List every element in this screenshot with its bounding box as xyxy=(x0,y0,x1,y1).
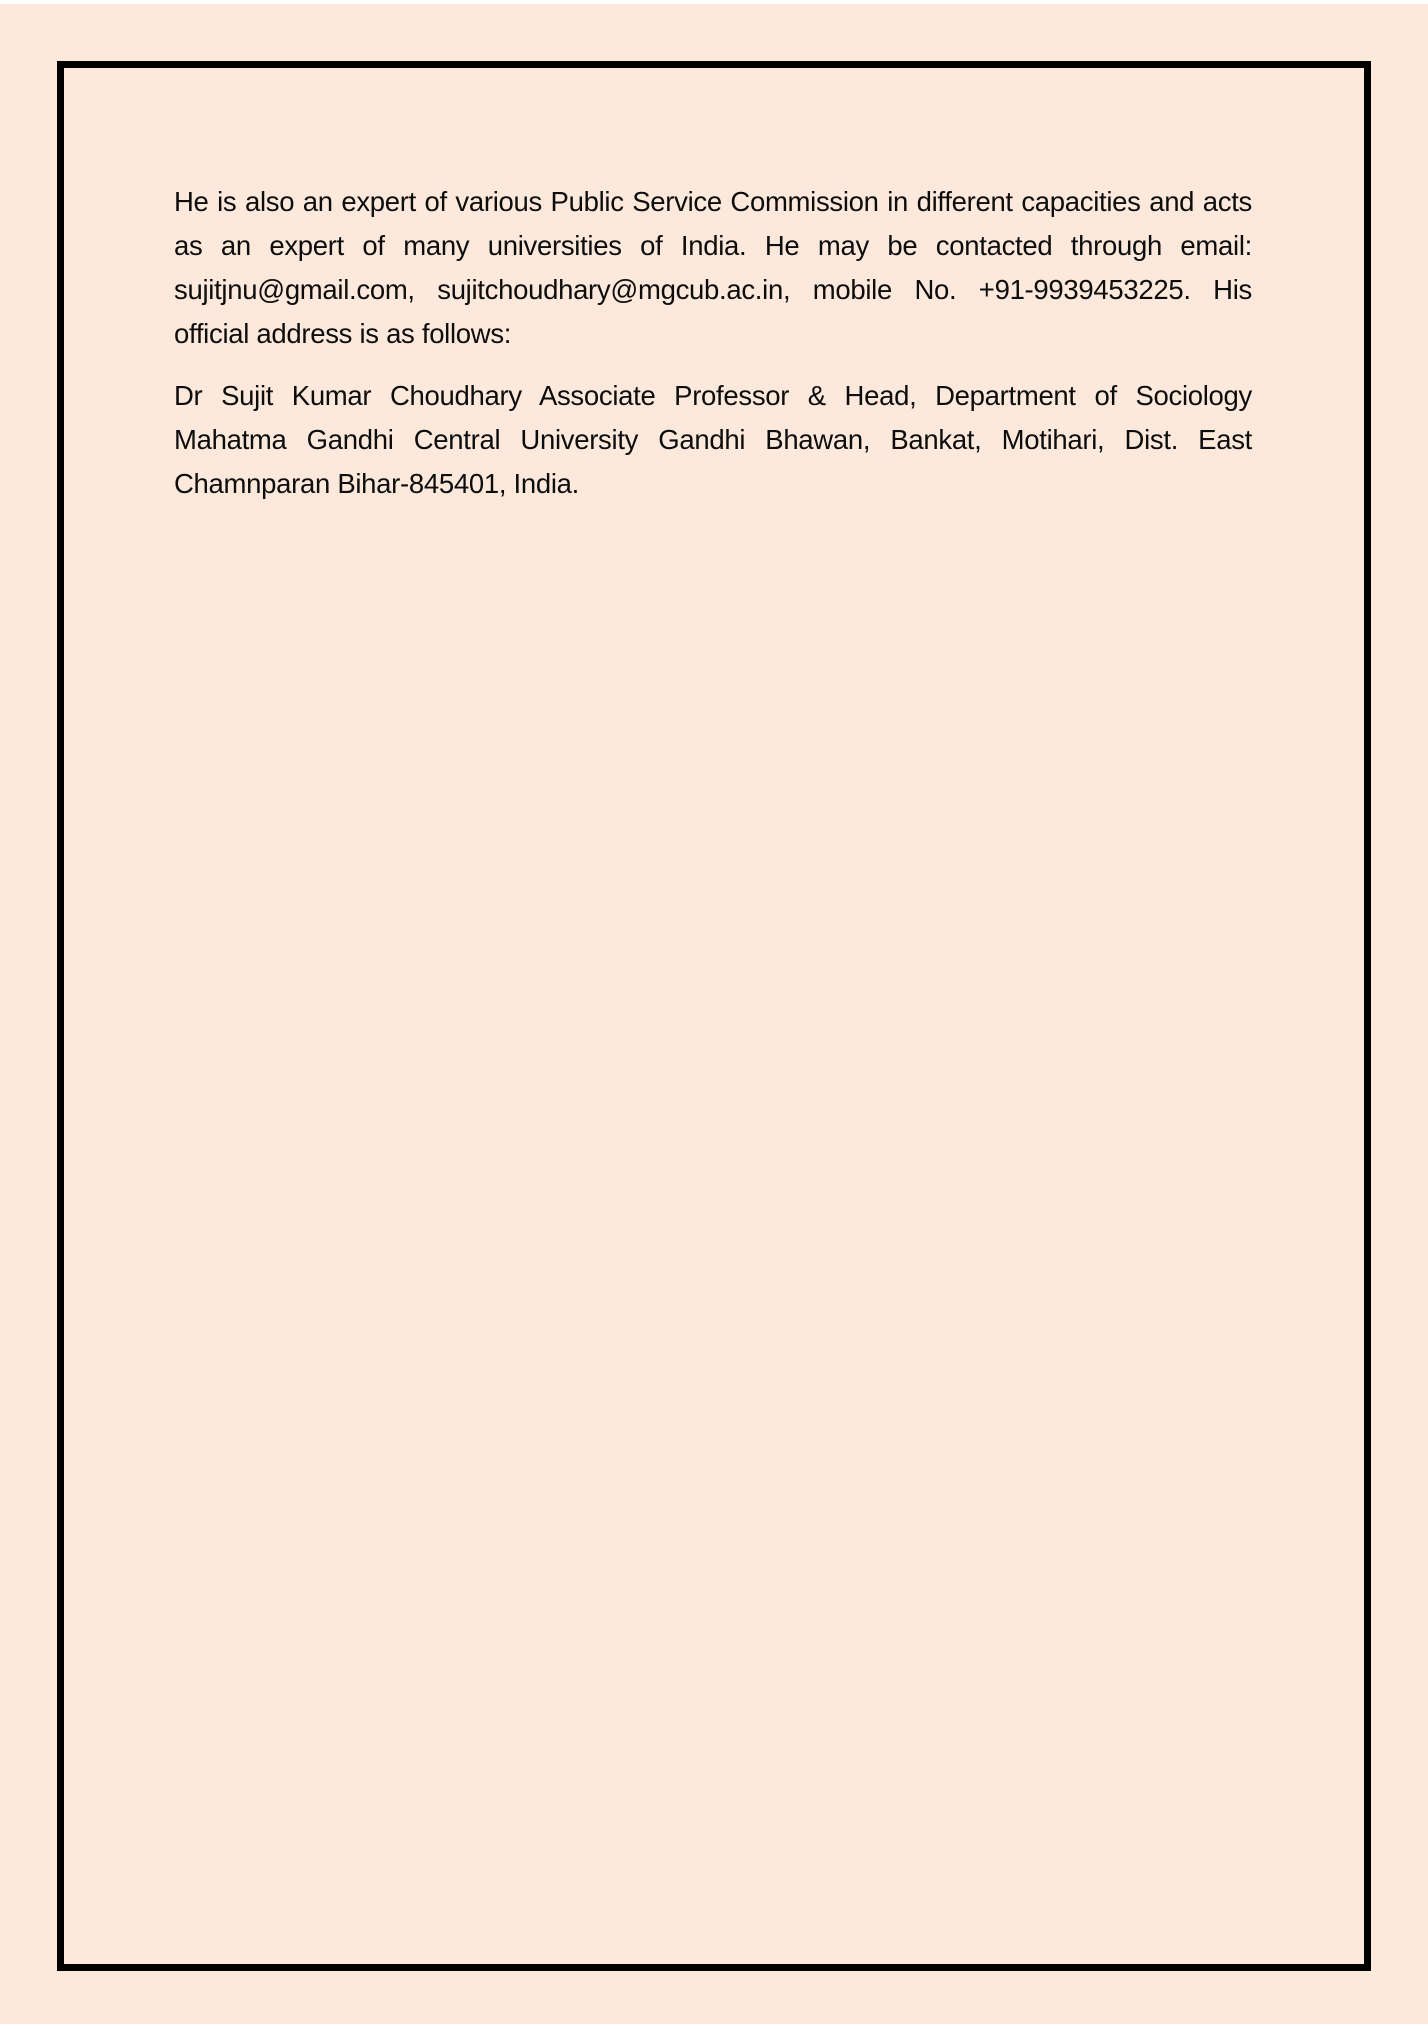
document-page: He is also an expert of various Public S… xyxy=(0,4,1428,2024)
contact-paragraph: He is also an expert of various Public S… xyxy=(174,180,1252,356)
page-content: He is also an expert of various Public S… xyxy=(174,180,1252,524)
address-paragraph: Dr Sujit Kumar Choudhary Associate Profe… xyxy=(174,374,1252,506)
